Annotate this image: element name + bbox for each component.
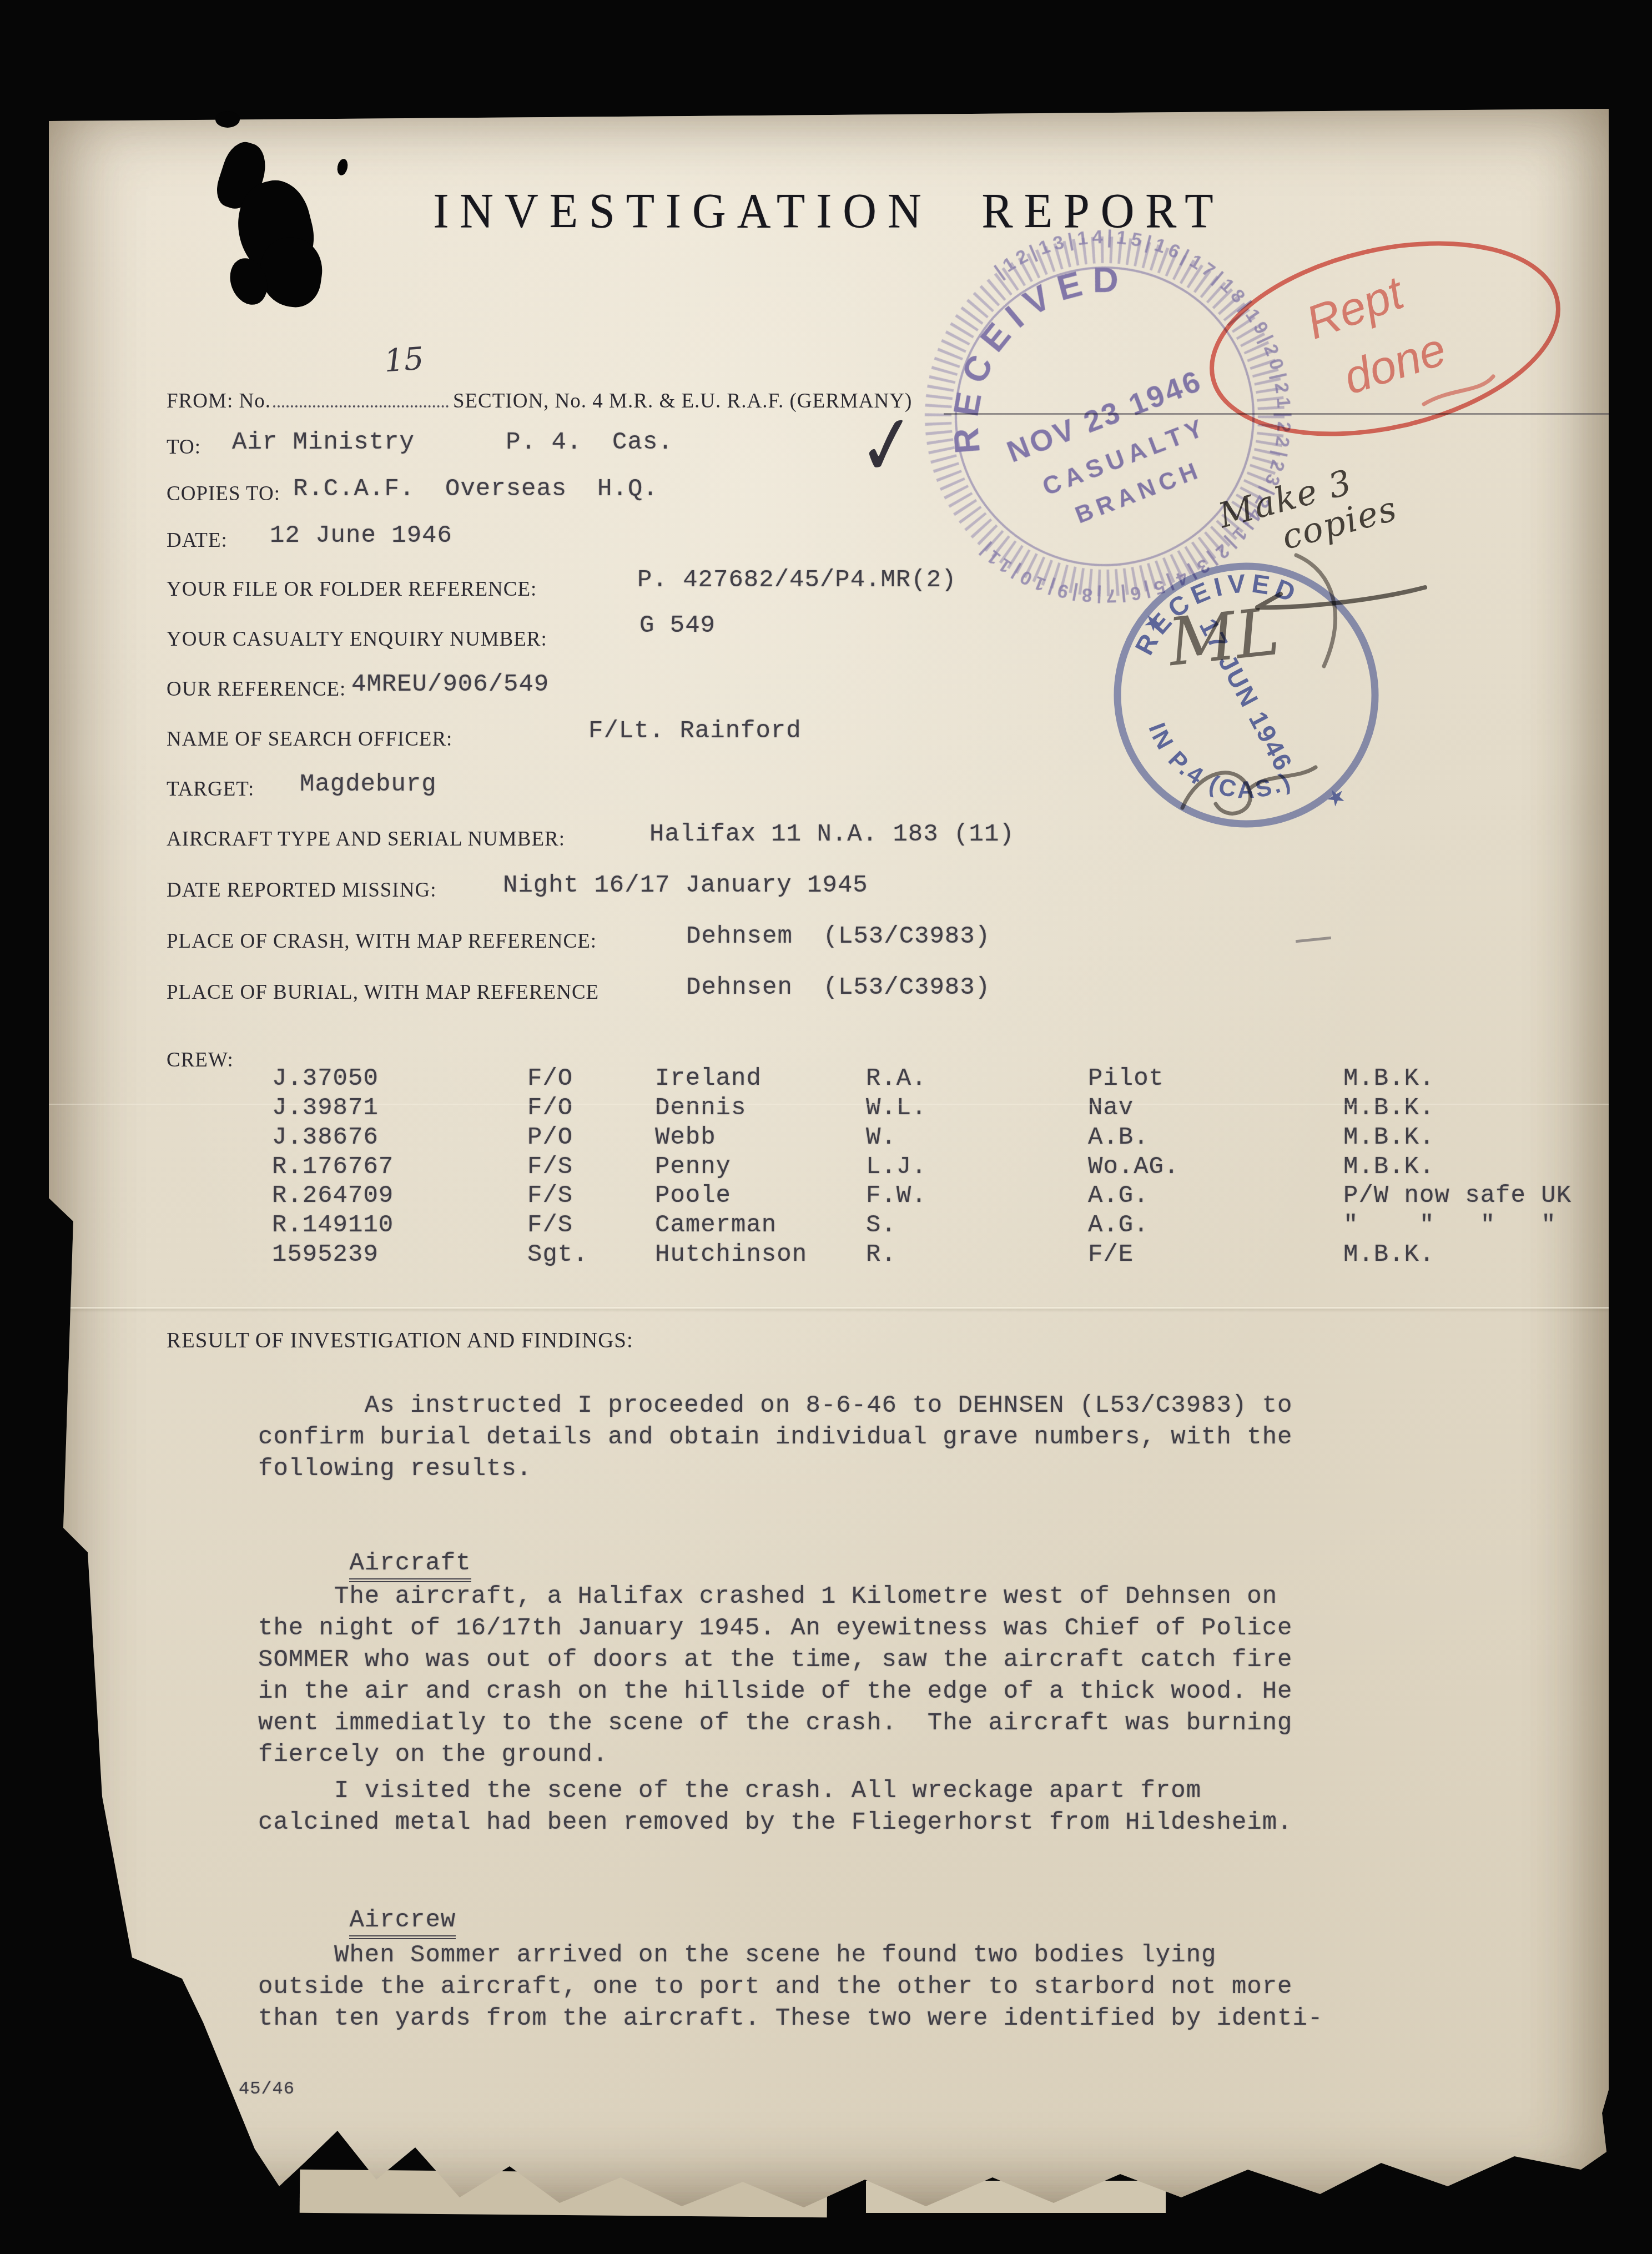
field-label: COPIES TO: [167,482,280,505]
crew-row: J.37050 F/O Ireland R.A. Pilot M.B.K. [49,1065,1609,1095]
form-row-from: FROM: No.SECTION, No. 4 M.R. & E.U. R.A.… [167,383,912,416]
field-value: F/Lt. Rainford [588,717,802,745]
aircrew-paragraph: When Sommer arrived on the scene he foun… [258,1940,1323,2035]
field-label: AIRCRAFT TYPE AND SERIAL NUMBER: [167,828,565,851]
form-row-to: TO: Air Ministry P. 4. Cas. [167,435,201,469]
field-value: P. 427682/45/P4.MR(2) [637,566,957,594]
intro-paragraph: As instructed I proceeded on 8-6-46 to D… [258,1390,1293,1485]
pencil-initials: ML [1165,593,1283,681]
field-label: DATE REPORTED MISSING: [167,879,436,902]
crew-duty: Pilot [1088,1065,1164,1093]
crew-row: 1595239 Sgt. Hutchinson R. F/E M.B.K. [49,1241,1609,1271]
from-label: FROM: No. [167,390,271,412]
field-value: Dehnsen (L53/C3983) [686,974,990,1002]
findings-heading: RESULT OF INVESTIGATION AND FINDINGS: [167,1328,633,1353]
crew-surname: Webb [655,1124,716,1151]
crew-surname: Poole [655,1182,731,1210]
crew-initials: R. [866,1241,896,1269]
paper-crease [49,1307,1609,1309]
crew-row: R.149110 F/S Camerman S. A.G. " " " " [49,1211,1609,1241]
crew-fate: M.B.K. [1343,1153,1434,1181]
form-row-date: DATE: 12 June 1946 [167,529,228,562]
crew-rank: F/O [527,1094,573,1122]
pencil-dash [1296,937,1331,943]
pencil-hook-stroke [1285,550,1363,680]
form-row-place-of-burial: PLACE OF BURIAL, WITH MAP REFERENCE Dehn… [167,980,599,1014]
crew-service-no: R.149110 [272,1211,394,1239]
hook-stroke [1296,555,1335,666]
crew-initials: S. [866,1211,896,1239]
crew-rank: F/S [527,1211,573,1239]
crew-surname: Dennis [655,1094,746,1122]
crew-surname: Hutchinson [655,1241,807,1269]
aircraft-paragraph-2: I visited the scene of the crash. All wr… [258,1775,1293,1839]
crew-surname: Ireland [655,1065,762,1093]
field-value: Halifax 11 N.A. 183 (11) [649,821,1015,848]
crew-initials: W. [866,1124,896,1151]
form-row-place-of-crash: PLACE OF CRASH, WITH MAP REFERENCE: Dehn… [167,929,597,963]
crew-service-no: R.176767 [272,1153,394,1181]
scribble-stroke [1182,767,1316,813]
field-label: DATE: [167,529,228,552]
crew-fate: M.B.K. [1343,1241,1434,1269]
red-flourish [1424,376,1493,404]
form-row-copies-to: COPIES TO: R.C.A.F. Overseas H.Q. [167,482,280,515]
crew-surname: Penny [655,1153,731,1181]
field-value: 12 June 1946 [270,522,452,550]
field-value: Dehnsem (L53/C3983) [686,923,990,950]
crew-duty: A.G. [1088,1182,1149,1210]
crew-initials: F.W. [866,1182,927,1210]
paper-hole [215,111,240,128]
crew-duty: Nav [1088,1094,1134,1122]
crew-rank: F/O [527,1065,573,1093]
crew-service-no: J.37050 [272,1065,379,1093]
crew-duty: Wo.AG. [1088,1153,1179,1181]
field-value: Night 16/17 January 1945 [503,872,868,899]
crew-fate: M.B.K. [1343,1124,1434,1151]
crew-row: R.264709 F/S Poole F.W. A.G. P/W now saf… [49,1182,1609,1212]
field-label: TARGET: [167,778,254,801]
form-row-date-missing: DATE REPORTED MISSING: Night 16/17 Janua… [167,878,436,912]
crew-initials: R.A. [866,1065,927,1093]
crew-duty: F/E [1088,1241,1134,1269]
crew-rank: F/S [527,1182,573,1210]
crew-fate: M.B.K. [1343,1094,1434,1122]
crew-service-no: R.264709 [272,1182,394,1210]
field-value: R.C.A.F. Overseas H.Q. [293,475,658,503]
field-label: TO: [167,436,201,459]
crew-fate: P/W now safe UK [1343,1182,1572,1210]
pencil-scribble [1177,755,1327,836]
footer-form-code: 45/46 [239,2079,295,2099]
form-row-search-officer: NAME OF SEARCH OFFICER: F/Lt. Rainford [167,727,452,761]
crew-rank: Sgt. [527,1241,588,1269]
field-value: Magdeburg [300,771,437,798]
crew-service-no: 1595239 [272,1241,379,1269]
form-row-casualty-enquiry: YOUR CASUALTY ENQUIRY NUMBER: G 549 [167,627,547,661]
form-row-target: TARGET: Magdeburg [167,777,254,811]
crew-service-no: J.39871 [272,1094,379,1122]
red-pencil-note: Rept done [1191,221,1579,460]
crew-duty: A.B. [1088,1124,1149,1151]
crew-service-no: J.38676 [272,1124,379,1151]
crew-initials: L.J. [866,1153,927,1181]
form-row-our-reference: OUR REFERENCE: 4MREU/906/549 [167,677,346,711]
form-row-file-reference: YOUR FILE OR FOLDER REFERENCE: P. 427682… [167,577,537,611]
crew-row: J.38676 P/O Webb W. A.B. M.B.K. [49,1124,1609,1154]
crew-initials: W.L. [866,1094,927,1122]
scanned-document-photo: INVESTIGATION REPORT FROM: No.SECTION, N… [0,0,1652,2254]
crew-row: R.176767 F/S Penny L.J. Wo.AG. M.B.K. [49,1153,1609,1183]
field-value: G 549 [639,612,716,640]
crew-rank: P/O [527,1124,573,1151]
crew-rank: F/S [527,1153,573,1181]
crew-fate: " " " " [1343,1211,1557,1239]
field-label: NAME OF SEARCH OFFICER: [167,728,452,751]
field-label: YOUR CASUALTY ENQUIRY NUMBER: [167,628,547,651]
crew-row: J.39871 F/O Dennis W.L. Nav M.B.K. [49,1094,1609,1124]
field-label: OUR REFERENCE: [167,678,346,701]
field-label: PLACE OF CRASH, WITH MAP REFERENCE: [167,930,597,953]
crew-surname: Camerman [655,1211,777,1239]
handwritten-from-number: 15 [383,341,425,380]
form-row-aircraft-type: AIRCRAFT TYPE AND SERIAL NUMBER: Halifax… [167,827,565,861]
dotted-leader [273,383,449,407]
crew-fate: M.B.K. [1343,1065,1434,1093]
field-label: PLACE OF BURIAL, WITH MAP REFERENCE [167,981,599,1004]
field-value: Air Ministry P. 4. Cas. [232,429,673,456]
field-label: YOUR FILE OR FOLDER REFERENCE: [167,578,537,601]
aircraft-paragraph-1: The aircraft, a Halifax crashed 1 Kilome… [258,1581,1293,1771]
field-value: 4MREU/906/549 [351,671,549,698]
crew-duty: A.G. [1088,1211,1149,1239]
